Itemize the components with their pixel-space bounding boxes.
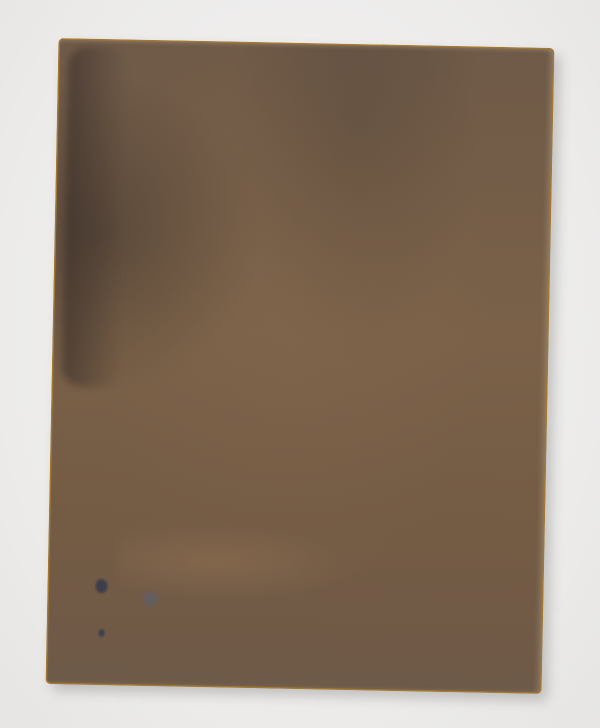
corrosion-spot: [143, 592, 157, 606]
corrosion-spot: [99, 629, 105, 637]
left-edge-stain: [62, 46, 129, 387]
photo-scene: [0, 0, 600, 728]
bronze-plaque: [46, 38, 555, 694]
corrosion-spot: [95, 579, 107, 593]
surface-mottling: [117, 519, 359, 604]
